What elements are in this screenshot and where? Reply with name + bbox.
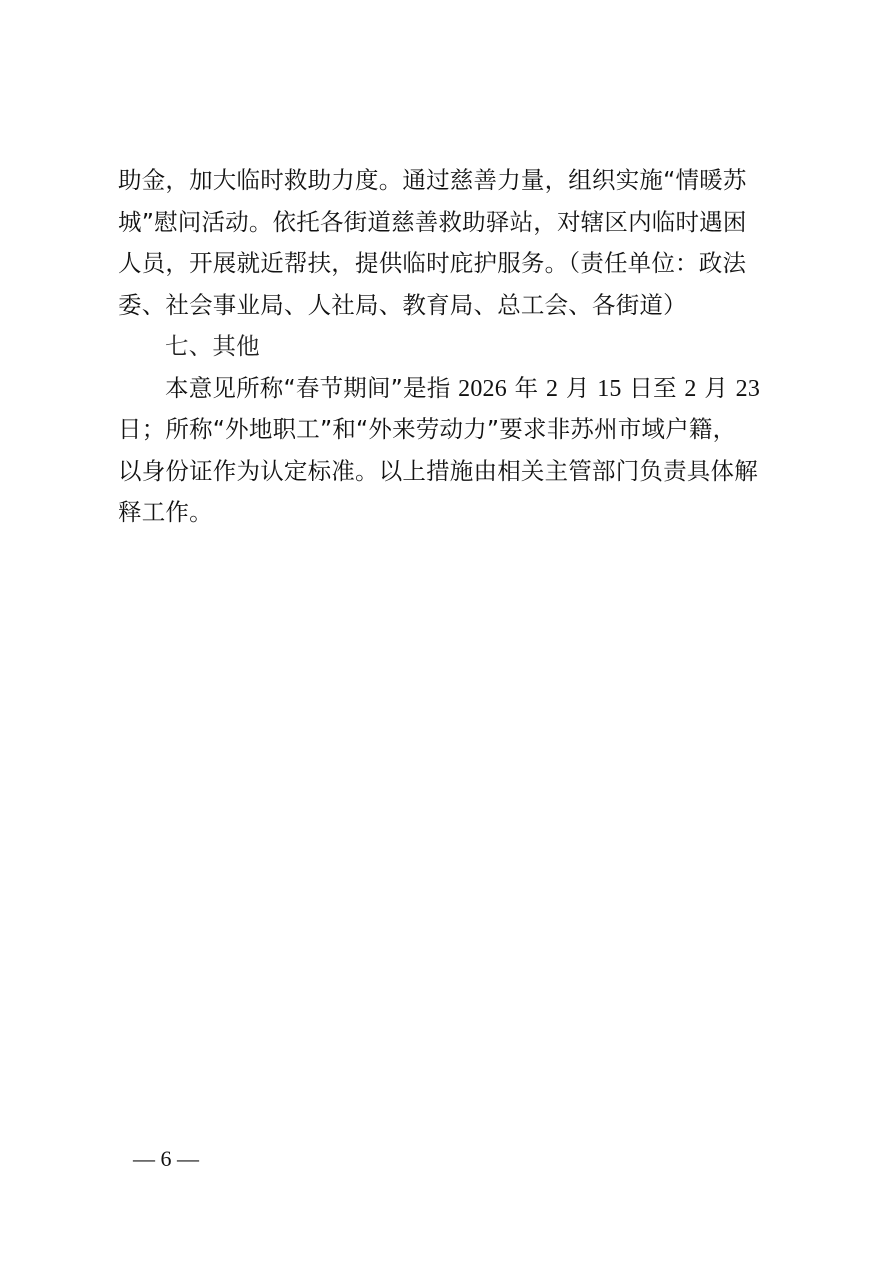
text-span: 年: [507, 374, 546, 402]
document-page: 助金，加大临时救助力度。通过慈善力量，组织实施“情暖苏 城”慰问活动。依托各街道…: [0, 0, 892, 1262]
paragraph-line: 以身份证作为认定标准。以上措施由相关主管部门负责具体解: [118, 451, 778, 493]
start-day: 15: [597, 376, 621, 402]
text-span: 月: [558, 374, 597, 402]
text-span: 月: [697, 374, 736, 402]
section-heading: 七、其他: [118, 326, 778, 368]
paragraph-line: 日；所称“外地职工”和“外来劳动力”要求非苏州市域户籍，: [118, 409, 778, 451]
page-number: — 6 —: [133, 1146, 199, 1172]
paragraph-line: 城”慰问活动。依托各街道慈善救助驿站，对辖区内临时遇困: [118, 202, 778, 244]
end-month: 2: [684, 376, 696, 402]
end-day: 23: [736, 376, 760, 402]
text-span: 日至: [622, 374, 685, 402]
paragraph-line: 人员，开展就近帮扶，提供临时庇护服务。（责任单位：政法: [118, 243, 778, 285]
document-body: 助金，加大临时救助力度。通过慈善力量，组织实施“情暖苏 城”慰问活动。依托各街道…: [118, 160, 778, 534]
year-value: 2026: [458, 376, 507, 402]
paragraph-line-dates: 本意见所称“春节期间”是指 2026 年 2 月 15 日至 2 月 23: [118, 368, 778, 410]
paragraph-line: 委、社会事业局、人社局、教育局、总工会、各街道）: [118, 285, 778, 327]
paragraph-line: 助金，加大临时救助力度。通过慈善力量，组织实施“情暖苏: [118, 160, 778, 202]
paragraph-line: 释工作。: [118, 492, 778, 534]
start-month: 2: [546, 376, 558, 402]
text-span: 本意见所称“春节期间”是指: [165, 374, 458, 402]
